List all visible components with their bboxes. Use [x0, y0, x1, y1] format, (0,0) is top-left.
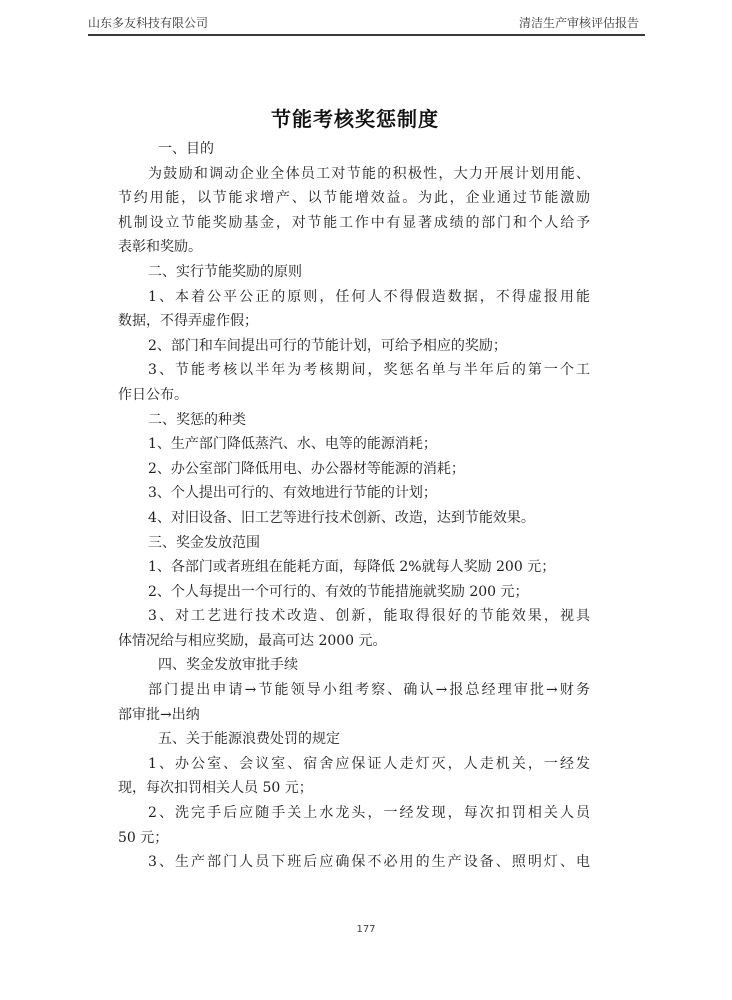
text-line: 3、生产部门人员下班后应确保不必用的生产设备、照明灯、电 [118, 850, 590, 875]
text-line: 1、本着公平公正的原则，任何人不得假造数据，不得虚报用能 [118, 285, 590, 310]
text-line: 机制设立节能奖励基金，对节能工作中有显著成绩的部门和个人给予 [118, 211, 590, 236]
text-line: 节约用能，以节能求增产、以节能增效益。为此，企业通过节能激励 [118, 186, 590, 211]
text-line: 部门提出申请→节能领导小组考察、确认→报总经理审批→财务 [118, 678, 590, 703]
text-line: 三、奖金发放范围 [118, 531, 590, 556]
text-line: 3、个人提出可行的、有效地进行节能的计划； [118, 481, 590, 506]
document-body: 一、目的为鼓励和调动企业全体员工对节能的积极性，大力开展计划用能、节约用能，以节… [118, 137, 590, 875]
header-report-title: 清洁生产审核评估报告 [519, 14, 639, 31]
text-line: 数据，不得弄虚作假； [118, 309, 590, 334]
text-line: 4、对旧设备、旧工艺等进行技术创新、改造，达到节能效果。 [118, 506, 590, 531]
section-heading: 一、目的 [118, 137, 590, 162]
text-line: 3、节能考核以半年为考核期间，奖惩名单与半年后的第一个工 [118, 358, 590, 383]
text-line: 体情况给与相应奖励，最高可达 2000 元。 [118, 629, 590, 654]
text-line: 表彰和奖励。 [118, 235, 590, 260]
text-line: 2、部门和车间提出可行的节能计划，可给予相应的奖励； [118, 334, 590, 359]
page-number: 177 [0, 924, 732, 935]
section-heading: 五、关于能源浪费处罚的规定 [118, 727, 590, 752]
text-line: 二、奖惩的种类 [118, 408, 590, 433]
text-line: 现，每次扣罚相关人员 50 元； [118, 776, 590, 801]
text-line: 为鼓励和调动企业全体员工对节能的积极性，大力开展计划用能、 [118, 162, 590, 187]
header-company-name: 山东多友科技有限公司 [88, 14, 208, 31]
text-line: 50 元； [118, 826, 590, 851]
text-line: 1、各部门或者班组在能耗方面，每降低 2%就每人奖励 200 元； [118, 555, 590, 580]
text-line: 部审批→出纳 [118, 703, 590, 728]
text-line: 2、洗完手后应随手关上水龙头，一经发现，每次扣罚相关人员 [118, 801, 590, 826]
page-header: 山东多友科技有限公司 清洁生产审核评估报告 [88, 10, 645, 36]
text-line: 二、实行节能奖励的原则 [118, 260, 590, 285]
text-line: 1、生产部门降低蒸汽、水、电等的能源消耗； [118, 432, 590, 457]
text-line: 1、办公室、会议室、宿舍应保证人走灯灭，人走机关，一经发 [118, 752, 590, 777]
document-title: 节能考核奖惩制度 [0, 103, 710, 132]
text-line: 2、办公室部门降低用电、办公器材等能源的消耗； [118, 457, 590, 482]
text-line: 2、个人每提出一个可行的、有效的节能措施就奖励 200 元； [118, 580, 590, 605]
text-line: 作日公布。 [118, 383, 590, 408]
text-line: 3、对工艺进行技术改造、创新，能取得很好的节能效果，视具 [118, 604, 590, 629]
section-heading: 四、奖金发放审批手续 [118, 653, 590, 678]
